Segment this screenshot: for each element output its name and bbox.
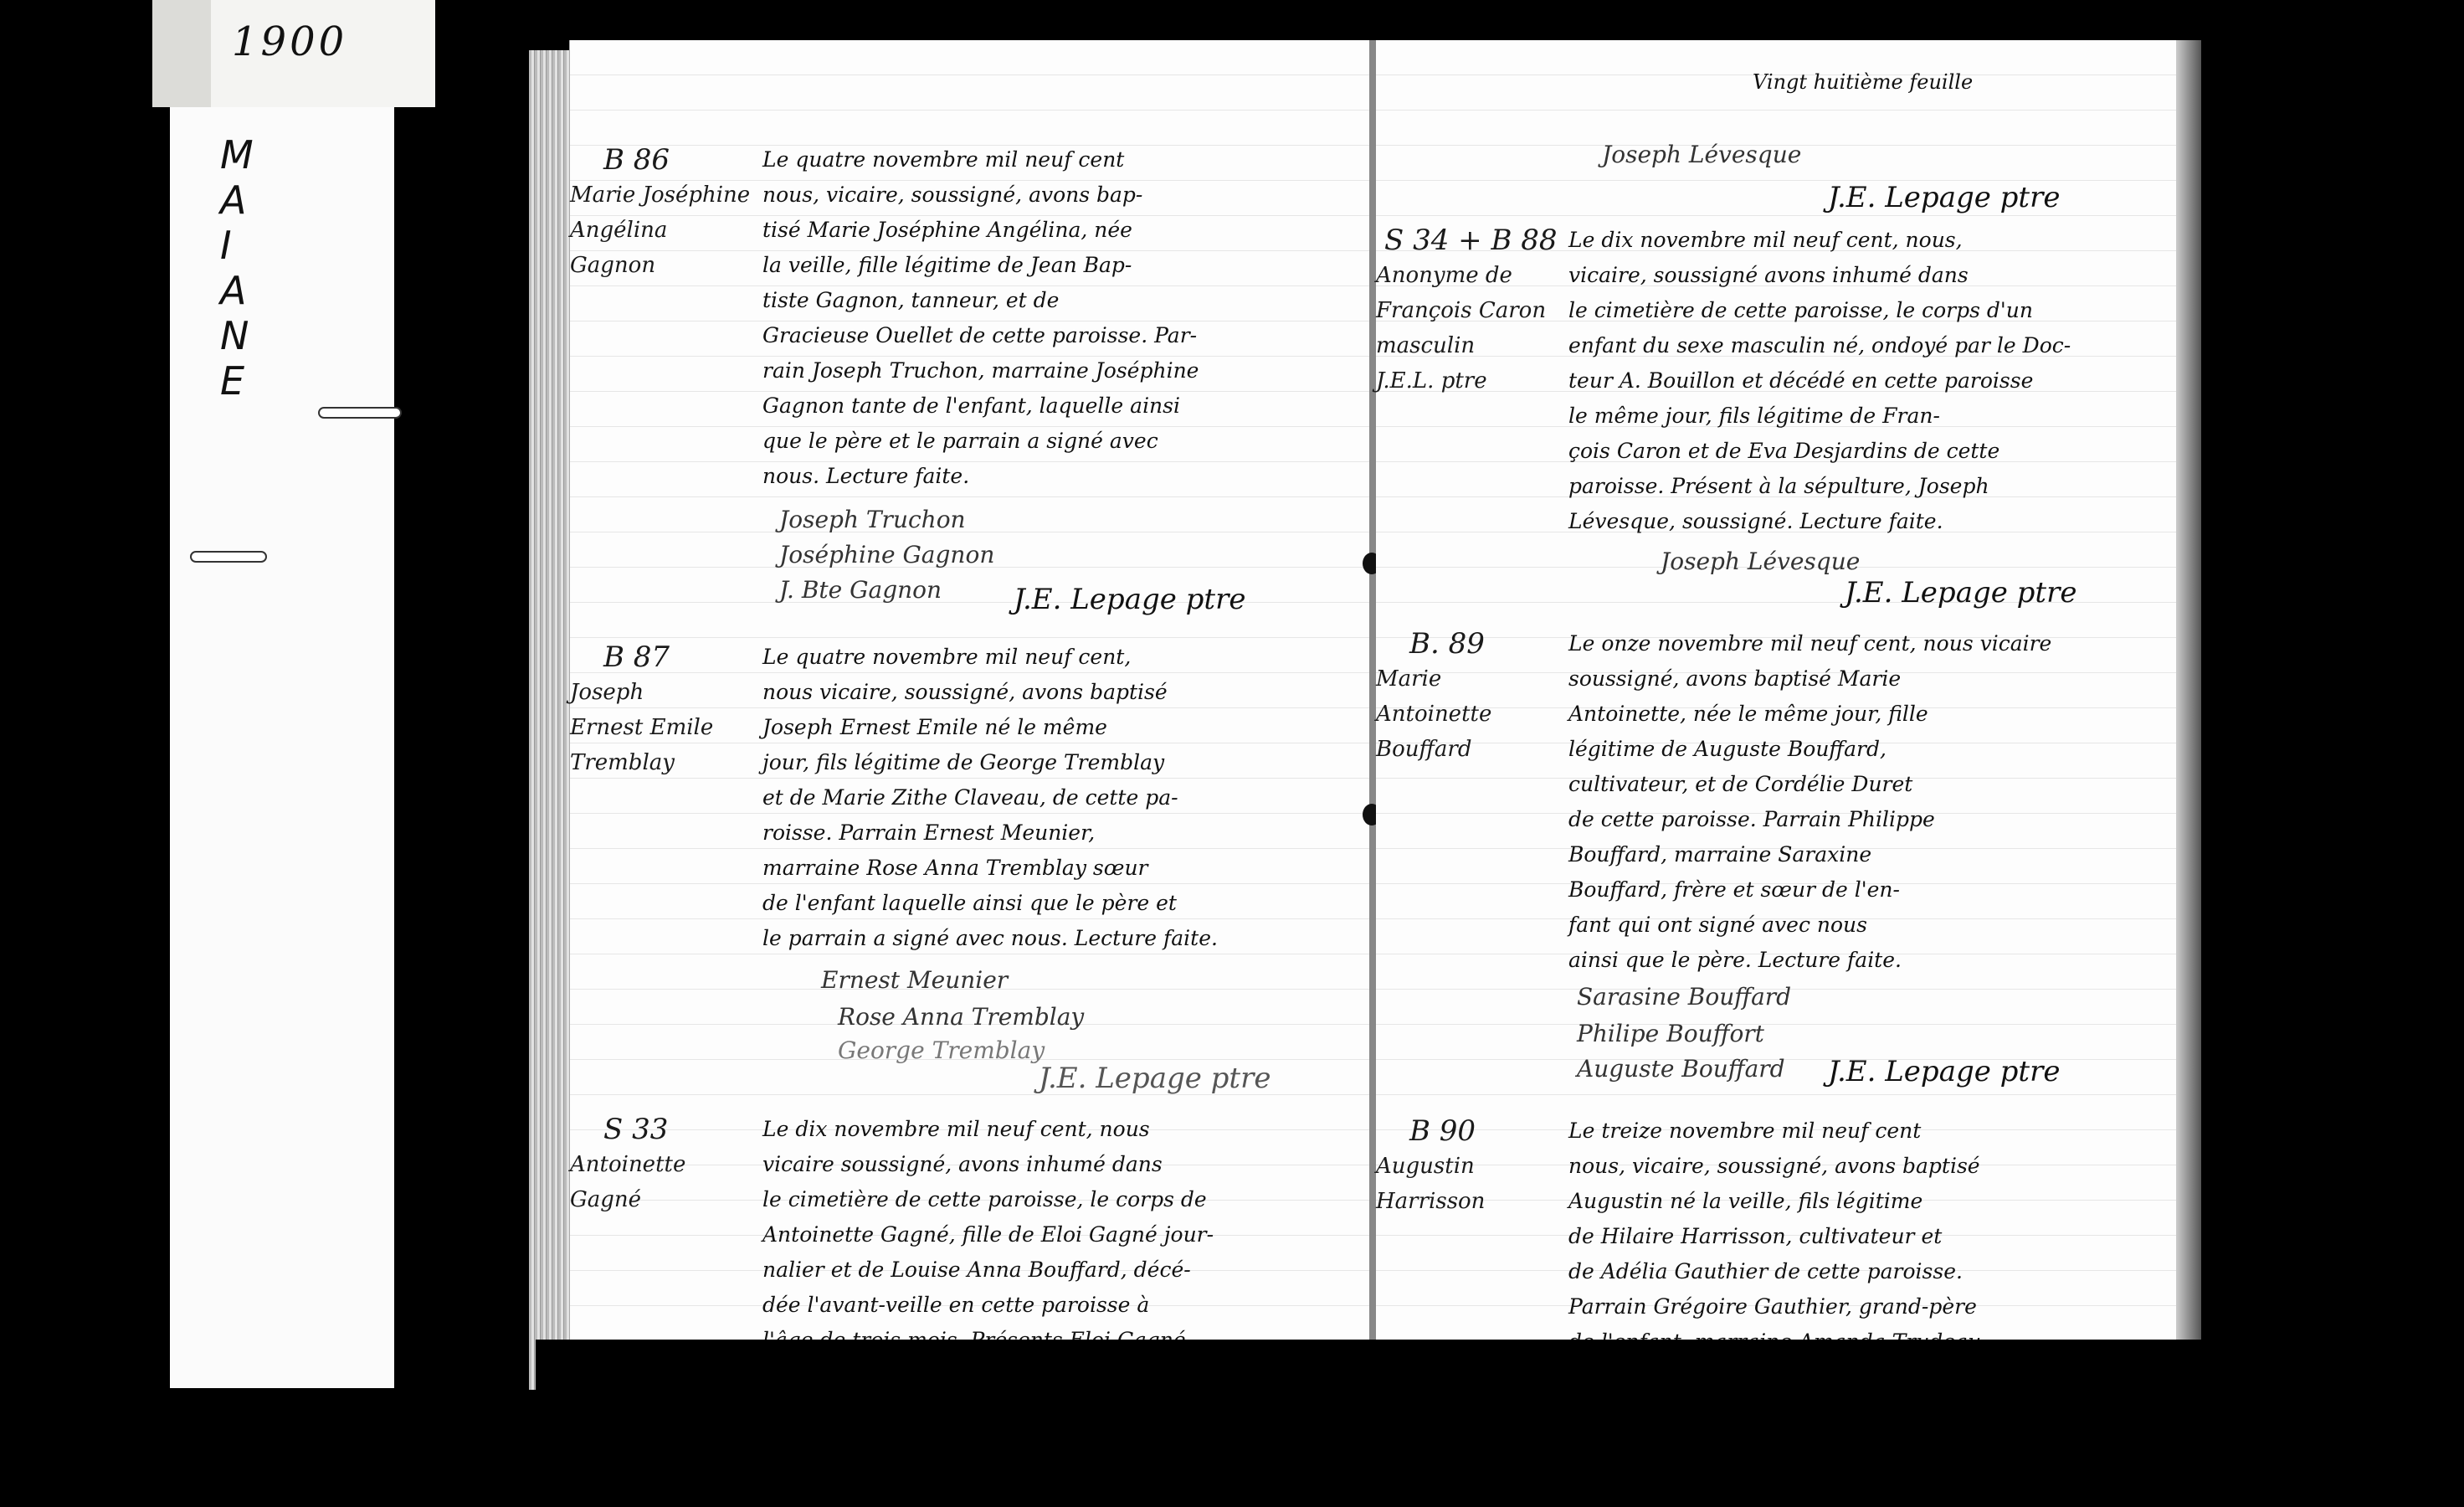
place-letter: E xyxy=(220,358,270,404)
text-line: dée l'avant-veille en cette paroisse à xyxy=(762,1288,1365,1323)
text-line: vicaire soussigné, avons inhumé dans xyxy=(762,1147,1365,1182)
text-line: paroisse. Présent à la sépulture, Joseph xyxy=(1568,469,2171,504)
margin-name: Gagnon xyxy=(570,248,754,283)
signature: Rose Anna Tremblay xyxy=(838,1003,1084,1031)
signature: Joséphine Gagnon xyxy=(779,541,994,568)
text-line: teur A. Bouillon et décédé en cette paro… xyxy=(1568,363,2171,399)
margin-name: Angélina xyxy=(570,213,754,248)
text-line: le cimetière de cette paroisse, le corps… xyxy=(762,1182,1365,1217)
entry-id: S 33 xyxy=(570,1112,754,1147)
priest-signature: J.E. Lepage ptre xyxy=(1845,576,2076,609)
text-line: le même jour, fils légitime de Fran- xyxy=(1568,399,2171,434)
text-line: de cette paroisse. Parrain Philippe xyxy=(1568,802,2171,837)
book-page-edges xyxy=(529,50,569,1390)
entry-text: Le quatre novembre mil neuf cent, nous v… xyxy=(762,640,1365,956)
text-line: nous. Lecture faite. xyxy=(762,459,1365,494)
margin-name: Bouffard xyxy=(1376,732,1560,767)
text-line: soussigné, avons baptisé Marie xyxy=(1568,661,2171,697)
slip-shadow xyxy=(152,0,211,107)
place-letter: N xyxy=(220,313,270,358)
text-line: fant qui ont signé avec nous xyxy=(1568,908,2171,943)
text-line: de l'enfant laquelle ainsi que le père e… xyxy=(762,886,1365,921)
entry-id: B 86 xyxy=(570,142,754,177)
entry-text: Le quatre novembre mil neuf cent nous, v… xyxy=(762,142,1365,494)
text-line: Gagnon tante de l'enfant, laquelle ainsi xyxy=(762,388,1365,424)
text-line: Antoinette Gagné, fille de Eloi Gagné jo… xyxy=(762,1217,1365,1252)
text-line: nous vicaire, soussigné, avons baptisé xyxy=(762,675,1365,710)
text-line: Gracieuse Ouellet de cette paroisse. Par… xyxy=(762,318,1365,353)
signature: George Tremblay xyxy=(838,1036,1045,1064)
scan-border xyxy=(536,1340,2210,1507)
signature: Sarasine Bouffard xyxy=(1577,983,1791,1011)
entry-margin: B 90 Augustin Harrisson xyxy=(1376,1114,1560,1219)
entry-text: Le dix novembre mil neuf cent, nous, vic… xyxy=(1568,223,2171,539)
margin-name: Joseph xyxy=(570,675,754,710)
text-line: Le treize novembre mil neuf cent xyxy=(1568,1114,2171,1149)
text-line: Le quatre novembre mil neuf cent, xyxy=(762,640,1365,675)
place-label-slip: M A I A N E xyxy=(170,107,394,1388)
margin-name: Augustin xyxy=(1376,1149,1560,1184)
entry-margin: B. 89 Marie Antoinette Bouffard xyxy=(1376,626,1560,767)
text-line: ainsi que le père. Lecture faite. xyxy=(1568,943,2171,978)
margin-name: Marie Antoinette xyxy=(1376,661,1560,732)
text-line: tisé Marie Joséphine Angélina, née xyxy=(762,213,1365,248)
margin-name: Anonyme de xyxy=(1376,258,1560,293)
entry-id: B. 89 xyxy=(1376,626,1560,661)
text-line: que le père et le parrain a signé avec xyxy=(762,424,1365,459)
entry-margin: S 34 + B 88 Anonyme de François Caron ma… xyxy=(1376,223,1560,399)
place-letter: A xyxy=(220,268,270,313)
margin-name: masculin xyxy=(1376,328,1560,363)
entry-margin: B 86 Marie Joséphine Angélina Gagnon xyxy=(570,142,754,283)
folio-header: Vingt huitième feuille xyxy=(1753,70,1973,94)
text-line: Joseph Ernest Emile né le même xyxy=(762,710,1365,745)
paper-clip-icon xyxy=(190,551,267,563)
text-line: jour, fils légitime de George Tremblay xyxy=(762,745,1365,780)
margin-name: Tremblay xyxy=(570,745,754,780)
book-gutter xyxy=(1369,40,1376,1346)
text-line: enfant du sexe masculin né, ondoyé par l… xyxy=(1568,328,2171,363)
entry-id: S 34 + B 88 xyxy=(1376,223,1560,258)
year-label: 1900 xyxy=(232,18,347,65)
register-page-right: Vingt huitième feuille Joseph Lévesque J… xyxy=(1376,40,2193,1346)
signature: J. Bte Gagnon xyxy=(779,576,942,604)
place-label: M A I A N E xyxy=(220,132,270,404)
text-line: roisse. Parrain Ernest Meunier, xyxy=(762,815,1365,851)
text-line: Le onze novembre mil neuf cent, nous vic… xyxy=(1568,626,2171,661)
place-letter: I xyxy=(220,223,270,268)
text-line: la veille, fille légitime de Jean Bap- xyxy=(762,248,1365,283)
text-line: Le quatre novembre mil neuf cent xyxy=(762,142,1365,177)
signature: Auguste Bouffard xyxy=(1577,1055,1785,1083)
signature: Joseph Lévesque xyxy=(1661,548,1860,575)
text-line: Parrain Grégoire Gauthier, grand-père xyxy=(1568,1289,2171,1324)
paper-clip-icon xyxy=(318,407,402,419)
text-line: Augustin né la veille, fils légitime xyxy=(1568,1184,2171,1219)
text-line: nous, vicaire, soussigné, avons baptisé xyxy=(1568,1149,2171,1184)
margin-name: Ernest Emile xyxy=(570,710,754,745)
entry-margin: B 87 Joseph Ernest Emile Tremblay xyxy=(570,640,754,780)
page-edge-shadow xyxy=(2176,40,2201,1346)
text-line: nous, vicaire, soussigné, avons bap- xyxy=(762,177,1365,213)
priest-signature: J.E. Lepage ptre xyxy=(1014,583,1245,616)
entry-id: B 90 xyxy=(1376,1114,1560,1149)
margin-name: François Caron xyxy=(1376,293,1560,328)
text-line: Le dix novembre mil neuf cent, nous xyxy=(762,1112,1365,1147)
year-label-slip: 1900 xyxy=(152,0,435,107)
text-line: Le dix novembre mil neuf cent, nous, xyxy=(1568,223,2171,258)
text-line: et de Marie Zithe Claveau, de cette pa- xyxy=(762,780,1365,815)
text-line: marraine Rose Anna Tremblay sœur xyxy=(762,851,1365,886)
text-line: nalier et de Louise Anna Bouffard, décé- xyxy=(762,1252,1365,1288)
entry-text: Le onze novembre mil neuf cent, nous vic… xyxy=(1568,626,2171,978)
register-page-left: B 86 Marie Joséphine Angélina Gagnon Le … xyxy=(569,40,1373,1346)
margin-name: Gagné xyxy=(570,1182,754,1217)
signature: Ernest Meunier xyxy=(821,966,1008,994)
entry-margin: S 33 Antoinette Gagné xyxy=(570,1112,754,1217)
signature: Joseph Truchon xyxy=(779,506,966,533)
text-line: de Hilaire Harrisson, cultivateur et xyxy=(1568,1219,2171,1254)
margin-name: Marie Joséphine xyxy=(570,177,754,213)
margin-name: Antoinette xyxy=(570,1147,754,1182)
place-letter: A xyxy=(220,177,270,223)
text-line: çois Caron et de Eva Desjardins de cette xyxy=(1568,434,2171,469)
priest-signature: J.E. Lepage ptre xyxy=(1039,1062,1270,1095)
text-line: le cimetière de cette paroisse, le corps… xyxy=(1568,293,2171,328)
priest-signature: J.E. Lepage ptre xyxy=(1828,181,2060,214)
entry-id: B 87 xyxy=(570,640,754,675)
text-line: Antoinette, née le même jour, fille xyxy=(1568,697,2171,732)
text-line: tiste Gagnon, tanneur, et de xyxy=(762,283,1365,318)
signature: Philipe Bouffort xyxy=(1577,1020,1764,1047)
text-line: rain Joseph Truchon, marraine Joséphine xyxy=(762,353,1365,388)
text-line: légitime de Auguste Bouffard, xyxy=(1568,732,2171,767)
priest-signature: J.E. Lepage ptre xyxy=(1828,1055,2060,1088)
text-line: Bouffard, marraine Saraxine xyxy=(1568,837,2171,872)
signature: Joseph Lévesque xyxy=(1602,141,1801,168)
text-line: de Adélia Gauthier de cette paroisse. xyxy=(1568,1254,2171,1289)
place-letter: M xyxy=(220,132,270,177)
margin-name: Harrisson xyxy=(1376,1184,1560,1219)
text-line: cultivateur, et de Cordélie Duret xyxy=(1568,767,2171,802)
text-line: Lévesque, soussigné. Lecture faite. xyxy=(1568,504,2171,539)
text-line: Bouffard, frère et sœur de l'en- xyxy=(1568,872,2171,908)
text-line: vicaire, soussigné avons inhumé dans xyxy=(1568,258,2171,293)
text-line: le parrain a signé avec nous. Lecture fa… xyxy=(762,921,1365,956)
margin-name: J.E.L. ptre xyxy=(1376,363,1560,399)
